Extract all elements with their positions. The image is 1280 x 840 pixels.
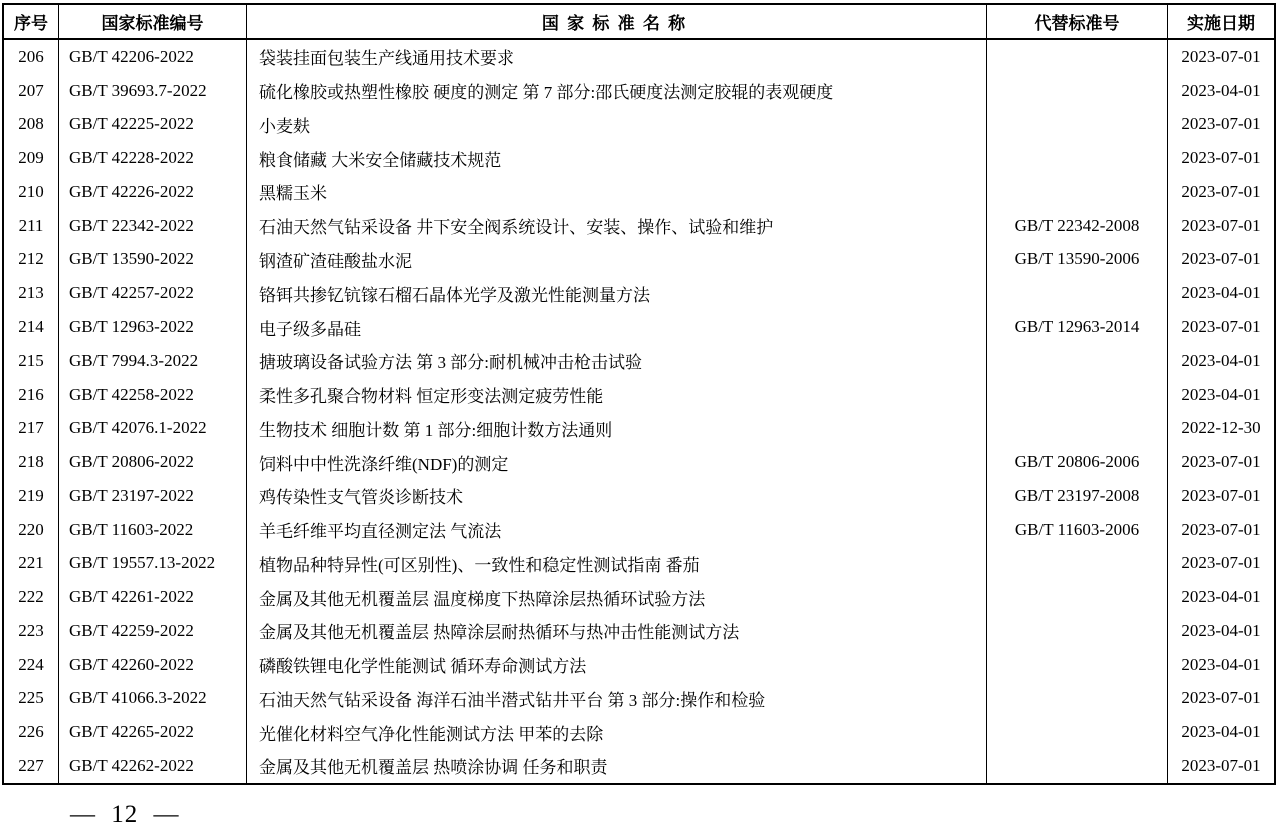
- table-row: 215GB/T 7994.3-2022搪玻璃设备试验方法 第 3 部分:耐机械冲…: [4, 344, 1274, 378]
- table-row: 219GB/T 23197-2022鸡传染性支气管炎诊断技术GB/T 23197…: [4, 479, 1274, 513]
- cell-date: 2023-04-01: [1167, 344, 1274, 378]
- cell-no: 225: [4, 682, 58, 716]
- cell-code: GB/T 42076.1-2022: [58, 411, 246, 445]
- cell-date: 2023-04-01: [1167, 614, 1274, 648]
- table-row: 226GB/T 42265-2022光催化材料空气净化性能测试方法 甲苯的去除2…: [4, 715, 1274, 749]
- cell-code: GB/T 42261-2022: [58, 580, 246, 614]
- cell-name: 光催化材料空气净化性能测试方法 甲苯的去除: [246, 715, 986, 749]
- cell-name: 鸡传染性支气管炎诊断技术: [246, 479, 986, 513]
- table-row: 211GB/T 22342-2022石油天然气钻采设备 井下安全阀系统设计、安装…: [4, 209, 1274, 243]
- cell-name: 石油天然气钻采设备 井下安全阀系统设计、安装、操作、试验和维护: [246, 209, 986, 243]
- cell-date: 2023-07-01: [1167, 310, 1274, 344]
- cell-no: 217: [4, 411, 58, 445]
- table-row: 224GB/T 42260-2022磷酸铁锂电化学性能测试 循环寿命测试方法20…: [4, 648, 1274, 682]
- cell-no: 227: [4, 749, 58, 783]
- cell-replaced: [986, 276, 1167, 310]
- cell-replaced: [986, 715, 1167, 749]
- cell-code: GB/T 11603-2022: [58, 513, 246, 547]
- cell-no: 212: [4, 243, 58, 277]
- cell-replaced: [986, 648, 1167, 682]
- cell-no: 224: [4, 648, 58, 682]
- table-row: 220GB/T 11603-2022羊毛纤维平均直径测定法 气流法GB/T 11…: [4, 513, 1274, 547]
- cell-no: 221: [4, 546, 58, 580]
- cell-date: 2023-04-01: [1167, 378, 1274, 412]
- cell-date: 2023-07-01: [1167, 141, 1274, 175]
- cell-name: 植物品种特异性(可区别性)、一致性和稳定性测试指南 番茄: [246, 546, 986, 580]
- table-row: 212GB/T 13590-2022钢渣矿渣硅酸盐水泥GB/T 13590-20…: [4, 243, 1274, 277]
- cell-no: 216: [4, 378, 58, 412]
- cell-name: 钢渣矿渣硅酸盐水泥: [246, 243, 986, 277]
- cell-name: 袋装挂面包装生产线通用技术要求: [246, 40, 986, 74]
- cell-date: 2023-04-01: [1167, 276, 1274, 310]
- cell-no: 220: [4, 513, 58, 547]
- header-cell-no: 序号: [4, 5, 58, 38]
- cell-name: 柔性多孔聚合物材料 恒定形变法测定疲劳性能: [246, 378, 986, 412]
- cell-no: 215: [4, 344, 58, 378]
- table-row: 213GB/T 42257-2022铬铒共掺钇钪镓石榴石晶体光学及激光性能测量方…: [4, 276, 1274, 310]
- cell-name: 羊毛纤维平均直径测定法 气流法: [246, 513, 986, 547]
- cell-code: GB/T 12963-2022: [58, 310, 246, 344]
- cell-name: 黑糯玉米: [246, 175, 986, 209]
- table-header-row: 序号 国家标准编号 国 家 标 准 名 称 代替标准号 实施日期: [4, 5, 1274, 40]
- cell-replaced: [986, 411, 1167, 445]
- cell-replaced: [986, 546, 1167, 580]
- cell-date: 2023-07-01: [1167, 243, 1274, 277]
- cell-code: GB/T 42257-2022: [58, 276, 246, 310]
- cell-code: GB/T 42228-2022: [58, 141, 246, 175]
- table-row: 210GB/T 42226-2022黑糯玉米2023-07-01: [4, 175, 1274, 209]
- standards-document-page: 序号 国家标准编号 国 家 标 准 名 称 代替标准号 实施日期 206GB/T…: [0, 0, 1280, 840]
- cell-name: 电子级多晶硅: [246, 310, 986, 344]
- cell-date: 2023-07-01: [1167, 546, 1274, 580]
- cell-no: 223: [4, 614, 58, 648]
- cell-no: 207: [4, 74, 58, 108]
- cell-date: 2023-04-01: [1167, 74, 1274, 108]
- cell-replaced: GB/T 20806-2006: [986, 445, 1167, 479]
- cell-code: GB/T 13590-2022: [58, 243, 246, 277]
- table-row: 207GB/T 39693.7-2022硫化橡胶或热塑性橡胶 硬度的测定 第 7…: [4, 74, 1274, 108]
- cell-replaced: [986, 40, 1167, 74]
- cell-date: 2023-07-01: [1167, 209, 1274, 243]
- header-cell-replaced: 代替标准号: [986, 5, 1167, 38]
- table-row: 216GB/T 42258-2022柔性多孔聚合物材料 恒定形变法测定疲劳性能2…: [4, 378, 1274, 412]
- table-row: 217GB/T 42076.1-2022生物技术 细胞计数 第 1 部分:细胞计…: [4, 411, 1274, 445]
- cell-replaced: GB/T 13590-2006: [986, 243, 1167, 277]
- cell-name: 磷酸铁锂电化学性能测试 循环寿命测试方法: [246, 648, 986, 682]
- cell-name: 石油天然气钻采设备 海洋石油半潜式钻井平台 第 3 部分:操作和检验: [246, 682, 986, 716]
- table-row: 208GB/T 42225-2022小麦麸2023-07-01: [4, 108, 1274, 142]
- table-row: 221GB/T 19557.13-2022植物品种特异性(可区别性)、一致性和稳…: [4, 546, 1274, 580]
- table-body: 206GB/T 42206-2022袋装挂面包装生产线通用技术要求2023-07…: [4, 40, 1274, 783]
- cell-code: GB/T 39693.7-2022: [58, 74, 246, 108]
- cell-code: GB/T 42265-2022: [58, 715, 246, 749]
- cell-replaced: GB/T 11603-2006: [986, 513, 1167, 547]
- cell-code: GB/T 7994.3-2022: [58, 344, 246, 378]
- cell-code: GB/T 19557.13-2022: [58, 546, 246, 580]
- cell-name: 搪玻璃设备试验方法 第 3 部分:耐机械冲击枪击试验: [246, 344, 986, 378]
- table-row: 222GB/T 42261-2022金属及其他无机覆盖层 温度梯度下热障涂层热循…: [4, 580, 1274, 614]
- table-row: 225GB/T 41066.3-2022石油天然气钻采设备 海洋石油半潜式钻井平…: [4, 682, 1274, 716]
- cell-replaced: [986, 682, 1167, 716]
- cell-no: 208: [4, 108, 58, 142]
- cell-replaced: [986, 108, 1167, 142]
- cell-name: 金属及其他无机覆盖层 热喷涂协调 任务和职责: [246, 749, 986, 783]
- cell-replaced: [986, 74, 1167, 108]
- cell-no: 219: [4, 479, 58, 513]
- cell-no: 206: [4, 40, 58, 74]
- cell-no: 209: [4, 141, 58, 175]
- cell-date: 2022-12-30: [1167, 411, 1274, 445]
- cell-replaced: GB/T 12963-2014: [986, 310, 1167, 344]
- cell-no: 211: [4, 209, 58, 243]
- cell-replaced: [986, 378, 1167, 412]
- cell-no: 210: [4, 175, 58, 209]
- cell-date: 2023-07-01: [1167, 40, 1274, 74]
- cell-date: 2023-07-01: [1167, 108, 1274, 142]
- table-row: 209GB/T 42228-2022粮食储藏 大米安全储藏技术规范2023-07…: [4, 141, 1274, 175]
- cell-no: 222: [4, 580, 58, 614]
- cell-name: 铬铒共掺钇钪镓石榴石晶体光学及激光性能测量方法: [246, 276, 986, 310]
- cell-no: 226: [4, 715, 58, 749]
- cell-replaced: [986, 749, 1167, 783]
- cell-date: 2023-07-01: [1167, 513, 1274, 547]
- cell-replaced: [986, 580, 1167, 614]
- page-number: — 12 —: [70, 801, 180, 829]
- standards-table: 序号 国家标准编号 国 家 标 准 名 称 代替标准号 实施日期 206GB/T…: [2, 3, 1276, 785]
- cell-replaced: [986, 141, 1167, 175]
- cell-date: 2023-04-01: [1167, 580, 1274, 614]
- cell-replaced: [986, 175, 1167, 209]
- header-cell-code: 国家标准编号: [58, 5, 246, 38]
- cell-date: 2023-07-01: [1167, 175, 1274, 209]
- cell-code: GB/T 42206-2022: [58, 40, 246, 74]
- cell-code: GB/T 42260-2022: [58, 648, 246, 682]
- cell-date: 2023-07-01: [1167, 479, 1274, 513]
- cell-name: 小麦麸: [246, 108, 986, 142]
- cell-name: 金属及其他无机覆盖层 温度梯度下热障涂层热循环试验方法: [246, 580, 986, 614]
- table-row: 227GB/T 42262-2022金属及其他无机覆盖层 热喷涂协调 任务和职责…: [4, 749, 1274, 783]
- cell-code: GB/T 23197-2022: [58, 479, 246, 513]
- cell-code: GB/T 41066.3-2022: [58, 682, 246, 716]
- cell-code: GB/T 42226-2022: [58, 175, 246, 209]
- table-row: 223GB/T 42259-2022金属及其他无机覆盖层 热障涂层耐热循环与热冲…: [4, 614, 1274, 648]
- cell-date: 2023-04-01: [1167, 715, 1274, 749]
- cell-name: 生物技术 细胞计数 第 1 部分:细胞计数方法通则: [246, 411, 986, 445]
- cell-no: 218: [4, 445, 58, 479]
- cell-code: GB/T 22342-2022: [58, 209, 246, 243]
- cell-code: GB/T 42262-2022: [58, 749, 246, 783]
- cell-name: 粮食储藏 大米安全储藏技术规范: [246, 141, 986, 175]
- header-cell-date: 实施日期: [1167, 5, 1274, 38]
- cell-code: GB/T 42258-2022: [58, 378, 246, 412]
- table-row: 218GB/T 20806-2022饲料中中性洗涤纤维(NDF)的测定GB/T …: [4, 445, 1274, 479]
- cell-date: 2023-07-01: [1167, 749, 1274, 783]
- cell-date: 2023-07-01: [1167, 682, 1274, 716]
- cell-code: GB/T 20806-2022: [58, 445, 246, 479]
- cell-code: GB/T 42225-2022: [58, 108, 246, 142]
- table-row: 206GB/T 42206-2022袋装挂面包装生产线通用技术要求2023-07…: [4, 40, 1274, 74]
- cell-replaced: GB/T 23197-2008: [986, 479, 1167, 513]
- cell-no: 214: [4, 310, 58, 344]
- cell-replaced: [986, 344, 1167, 378]
- cell-name: 饲料中中性洗涤纤维(NDF)的测定: [246, 445, 986, 479]
- cell-name: 硫化橡胶或热塑性橡胶 硬度的测定 第 7 部分:邵氏硬度法测定胶辊的表观硬度: [246, 74, 986, 108]
- cell-code: GB/T 42259-2022: [58, 614, 246, 648]
- cell-replaced: [986, 614, 1167, 648]
- cell-no: 213: [4, 276, 58, 310]
- cell-date: 2023-04-01: [1167, 648, 1274, 682]
- cell-name: 金属及其他无机覆盖层 热障涂层耐热循环与热冲击性能测试方法: [246, 614, 986, 648]
- header-cell-name: 国 家 标 准 名 称: [246, 5, 986, 38]
- cell-replaced: GB/T 22342-2008: [986, 209, 1167, 243]
- cell-date: 2023-07-01: [1167, 445, 1274, 479]
- table-row: 214GB/T 12963-2022电子级多晶硅GB/T 12963-20142…: [4, 310, 1274, 344]
